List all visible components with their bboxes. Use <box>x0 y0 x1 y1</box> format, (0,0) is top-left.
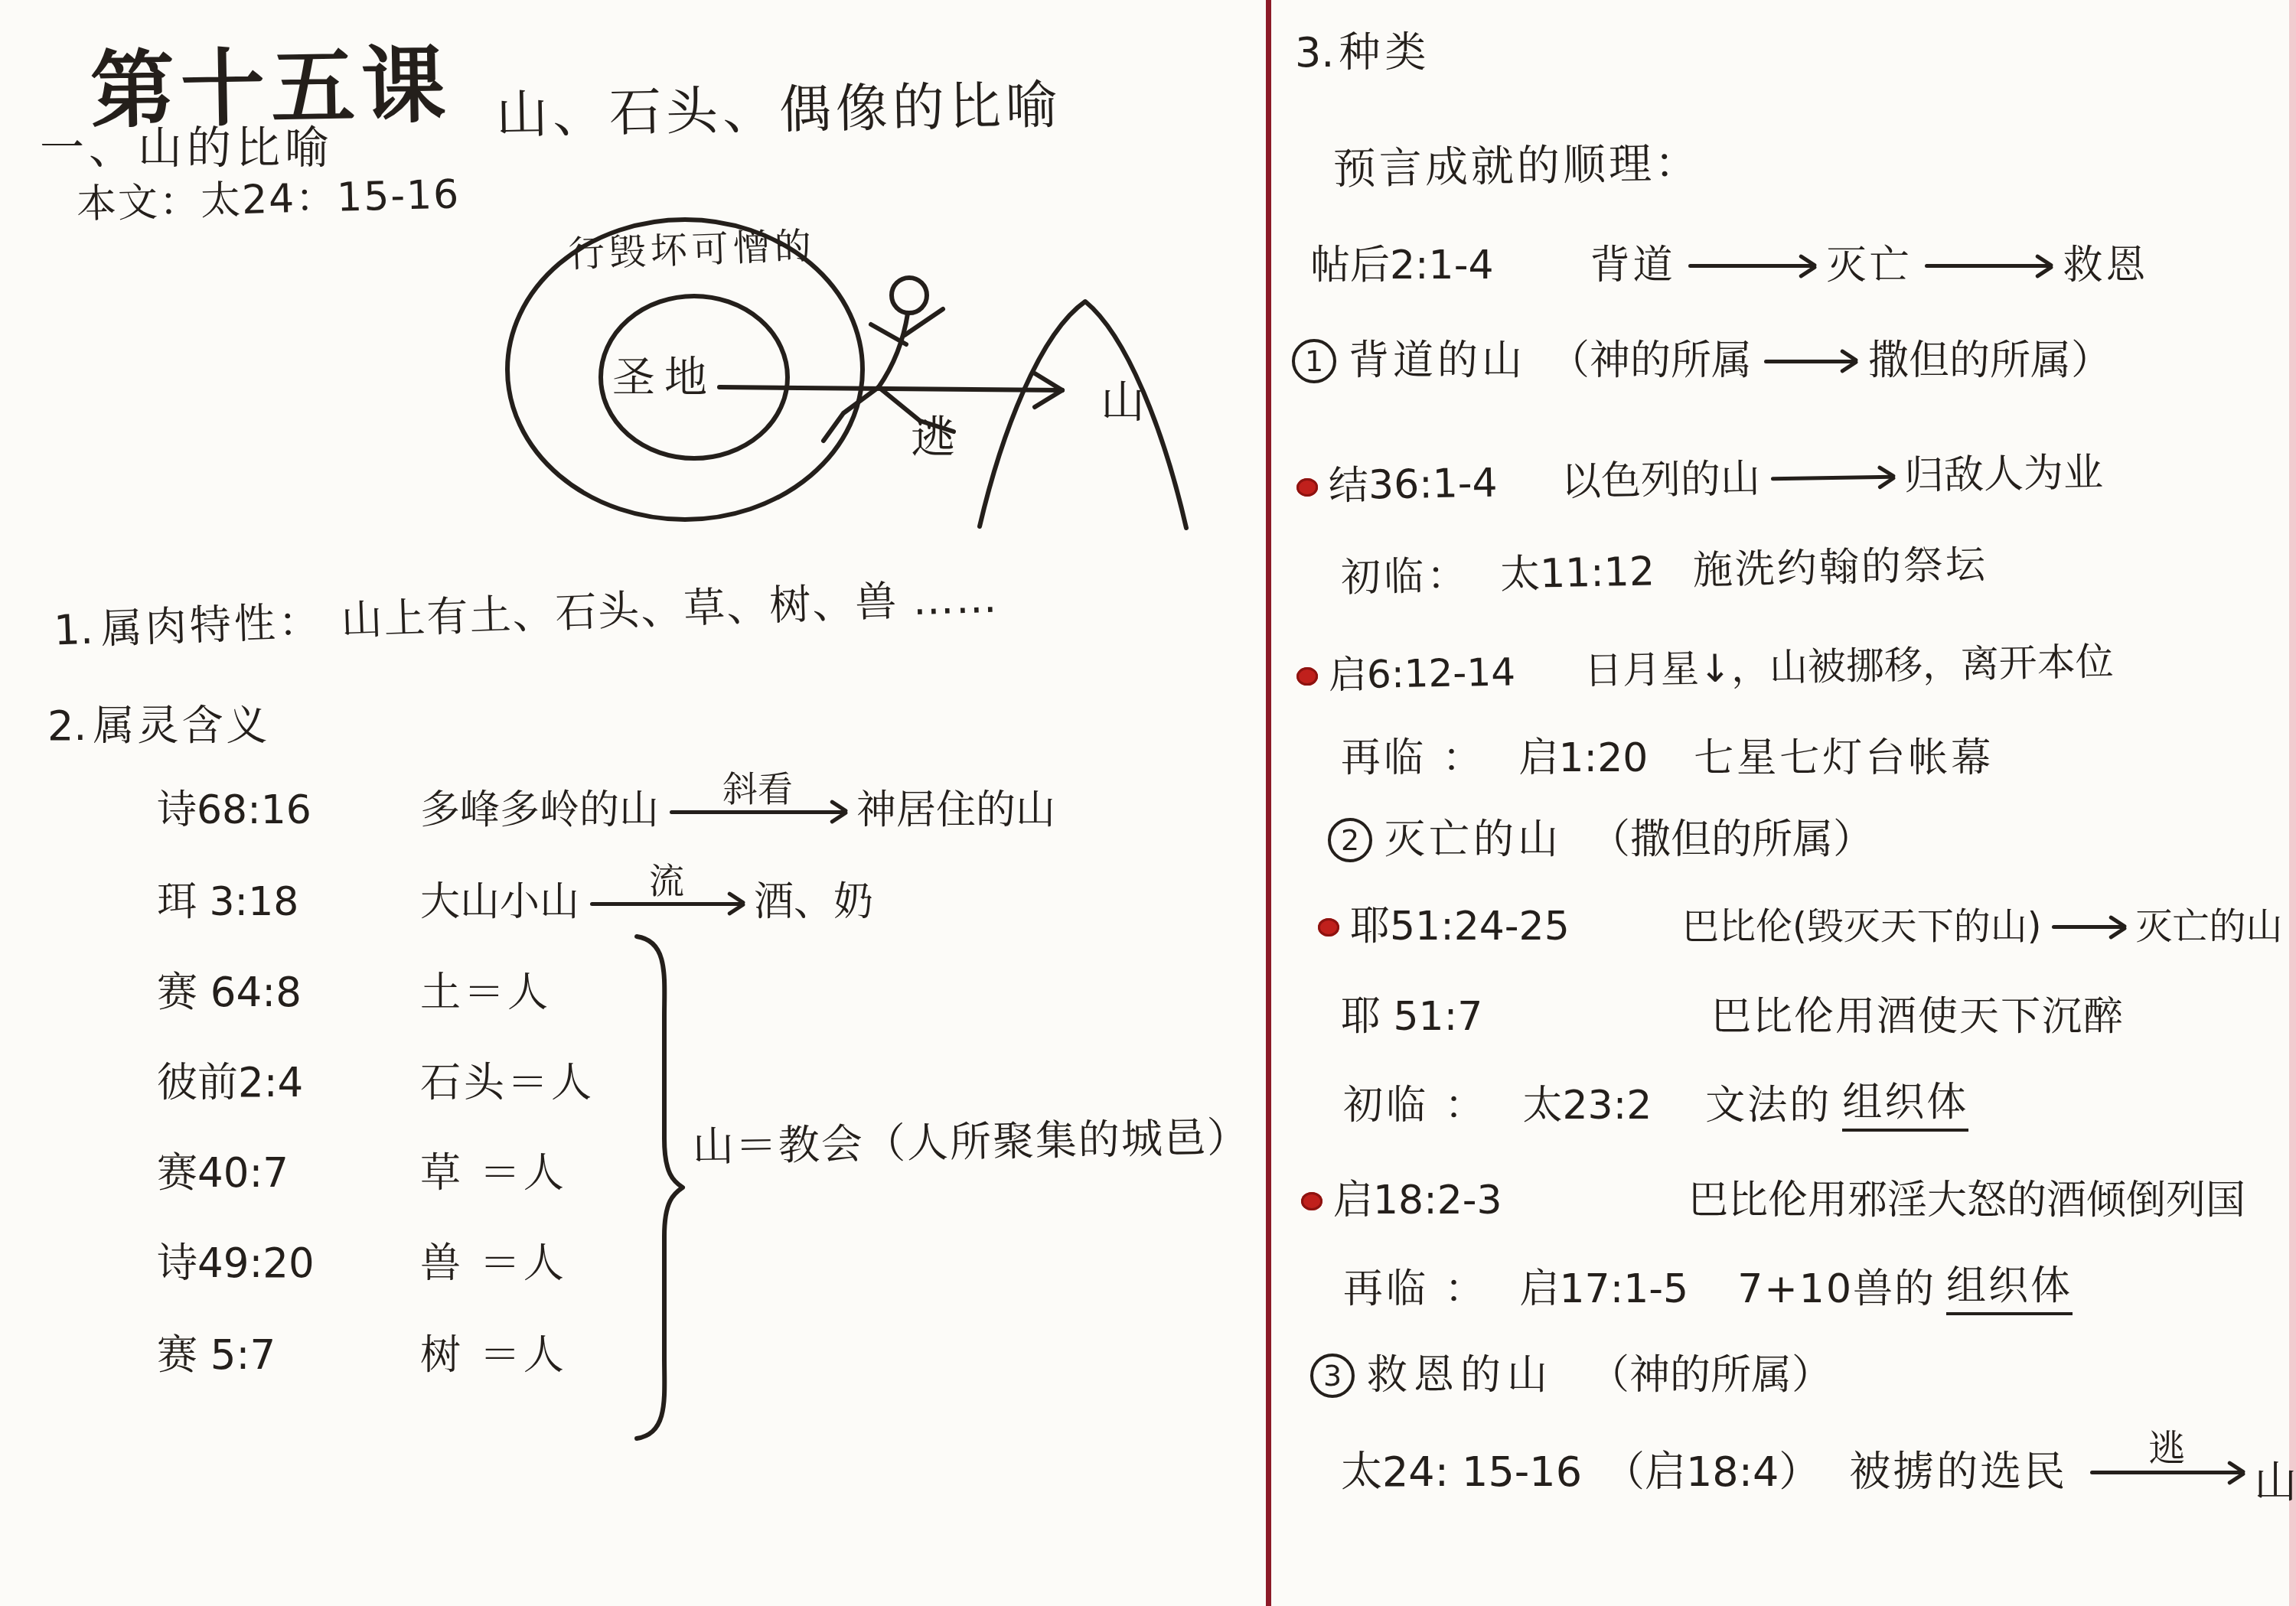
verse-equation: 土＝人 <box>420 970 551 1017</box>
point-title: 救恩的山 <box>1367 1353 1554 1399</box>
coming-label: 初临： <box>1340 553 1469 601</box>
first-coming-row: 初临： 太11:12 施洗约翰的祭坛 <box>1340 542 1988 601</box>
red-bullet-icon <box>1318 918 1339 937</box>
item-number: 2. <box>47 702 87 750</box>
verse-text: 巴比伦用邪淫大怒的酒倾倒列国 <box>1688 1178 2245 1224</box>
brace-conclusion: 山＝教会（人所聚集的城邑） <box>693 1114 1251 1171</box>
result-arrow <box>1771 475 1893 481</box>
stick-figure-head <box>892 278 927 313</box>
verse-text: 施洗约翰的祭坛 <box>1692 542 1988 595</box>
bullet-verse-row: 耶51:24-25 巴比伦(毁灭天下的山) 灭亡的山 <box>1318 904 2282 950</box>
verse-row: 诗49:20 兽 ＝人 <box>157 1241 567 1288</box>
second-coming-row: 再临 ： 启17:1-5 7+10兽的 组织体 <box>1343 1264 2073 1315</box>
result-arrow <box>2052 925 2125 929</box>
coming-label: 再临 ： <box>1343 1267 1488 1313</box>
point-2-heading: 2 灭亡的山 （撒但的所属） <box>1328 817 1874 864</box>
flow-ref: 帖后2:1-4 <box>1310 243 1494 289</box>
verse-ref: 太11:12 <box>1499 549 1655 598</box>
labeled-arrow: 斜看 <box>670 771 846 814</box>
item-text: 山上有土、石头、草、树、兽 …… <box>341 574 1000 644</box>
verse-equation: 石头＝人 <box>420 1060 595 1107</box>
verse-ref: 耶 51:7 <box>1341 995 1701 1041</box>
verse-text: 文法的 <box>1705 1083 1831 1129</box>
verse-ref: 珥 3:18 <box>157 880 409 926</box>
verse-text: 被掳的选民 <box>1849 1448 2067 1496</box>
verse-ref: 耶51:24-25 <box>1350 904 1671 950</box>
verse-ref: 启1:20 <box>1519 736 1649 782</box>
grouping-brace <box>629 932 690 1443</box>
verse-ref-secondary: （启18:4） <box>1603 1448 1820 1496</box>
diagram-mountain-label: 山 <box>1101 376 1145 428</box>
item-title: 属肉特性： <box>100 598 324 653</box>
ownership-arrow <box>1764 360 1856 363</box>
verse-equation: 树 ＝人 <box>420 1333 567 1380</box>
red-bullet-icon <box>1296 478 1318 497</box>
flow-step-apostasy: 背道 <box>1590 243 1676 289</box>
arrow-label: 流 <box>649 863 684 898</box>
flow-step-destruction: 灭亡 <box>1827 243 1913 289</box>
verse-row: 赛 64:8 土＝人 <box>157 970 551 1017</box>
stick-figure-body <box>879 314 908 387</box>
section-title: 种类 <box>1339 29 1431 77</box>
verse-row: 彼前2:4 石头＝人 <box>157 1060 595 1107</box>
second-coming-row: 再临 ： 启1:20 七星七灯台帐幕 <box>1341 736 1994 782</box>
verse-ref: 太23:2 <box>1523 1083 1652 1129</box>
verse-ref: 结36:1-4 <box>1329 460 1551 510</box>
item-title: 属灵含义 <box>93 702 271 750</box>
verse-row: 赛40:7 草 ＝人 <box>157 1151 567 1197</box>
first-coming-row: 初临 ： 太23:2 文法的 组织体 <box>1343 1080 1968 1132</box>
page-right-edge <box>2289 0 2296 1606</box>
circled-number-1: 1 <box>1292 339 1336 383</box>
point-title: 背道的山 <box>1349 338 1526 385</box>
verse-ref: 诗49:20 <box>157 1241 409 1288</box>
verse-equation: 兽 ＝人 <box>420 1241 567 1288</box>
arrow-line <box>590 902 743 906</box>
page-subtitle: 山、石头、偶像的比喻 <box>495 77 1062 146</box>
verse-ref: 启17:1-5 <box>1520 1267 1689 1313</box>
verse-to: 山 <box>2254 1458 2296 1507</box>
verse-row: 耶 51:7 巴比伦用酒使天下沉醉 <box>1341 995 2125 1041</box>
diagram-outer-label: 行毁坏可憎的 <box>567 225 817 275</box>
principle-heading: 预言成就的顺理： <box>1332 139 1701 195</box>
arrow-label: 斜看 <box>722 771 793 806</box>
verse-text: 7+10兽的 <box>1737 1267 1936 1313</box>
verse-to: 酒、奶 <box>754 880 873 926</box>
section-number: 3. <box>1295 29 1335 77</box>
conclusion-row: 太24: 15-16 （启18:4） 被掳的选民 逃 山 <box>1341 1448 2296 1497</box>
spiritual-meaning-line: 2. 属灵含义 <box>47 702 271 750</box>
page-binding-line <box>1266 0 1271 1606</box>
point-paren-from: （神的所属 <box>1549 338 1752 385</box>
verse-ref: 启18:2-3 <box>1333 1178 1678 1224</box>
red-bullet-icon <box>1301 1192 1322 1210</box>
flee-arrow <box>719 387 1062 390</box>
verse-ref: 赛 5:7 <box>157 1333 409 1380</box>
section-1-heading: 一、山的比喻 <box>40 122 334 174</box>
verse-ref: 赛 64:8 <box>157 970 409 1017</box>
diagram-inner-label: 圣地 <box>612 353 716 402</box>
bullet-verse-row: 启6:12-14 日月星↓，山被挪移，离开本位 <box>1296 640 2115 699</box>
verse-from: 大山小山 <box>420 880 579 926</box>
verse-row: 珥 3:18 大山小山 流 酒、奶 <box>157 880 873 926</box>
verse-ref: 彼前2:4 <box>157 1060 409 1107</box>
verse-to: 灭亡的山 <box>2135 906 2282 948</box>
verse-from: 多峰多岭的山 <box>420 788 659 834</box>
point-1-heading: 1 背道的山 （神的所属 撒但的所属） <box>1292 338 2112 385</box>
verse-equation: 草 ＝人 <box>420 1151 567 1197</box>
coming-label: 再临 ： <box>1341 736 1486 782</box>
item-number: 1. <box>53 606 94 655</box>
verse-row: 诗68:16 多峰多岭的山 斜看 神居住的山 <box>157 788 1055 834</box>
verse-text: 七星七灯台帐幕 <box>1694 736 1994 782</box>
point-paren: （神的所属） <box>1589 1353 1832 1399</box>
circled-number-2: 2 <box>1328 818 1372 862</box>
underlined-term: 组织体 <box>1842 1080 1968 1132</box>
point-paren: （撒但的所属） <box>1590 817 1874 864</box>
mountain-shape <box>980 301 1186 528</box>
arrow-line <box>2090 1471 2243 1474</box>
verse-ref: 太24: 15-16 <box>1341 1448 1582 1496</box>
verse-to: 归敌人为业 <box>1903 451 2103 500</box>
point-title: 灭亡的山 <box>1384 817 1562 864</box>
verse-to: 神居住的山 <box>856 788 1055 834</box>
arrow-line <box>670 810 846 814</box>
coming-label: 初临 ： <box>1343 1083 1488 1129</box>
point-3-heading: 3 救恩的山 （神的所属） <box>1310 1353 1832 1399</box>
red-bullet-icon <box>1296 667 1318 686</box>
section-3-heading: 3. 种类 <box>1295 29 1431 77</box>
flow-step-salvation: 救恩 <box>2063 243 2149 289</box>
verse-from: 巴比伦(毁灭天下的山) <box>1682 906 2041 948</box>
bullet-verse-row: 启18:2-3 巴比伦用邪淫大怒的酒倾倒列国 <box>1301 1178 2245 1224</box>
point-paren-to: 撒但的所属） <box>1868 338 2112 385</box>
flow-arrow <box>1688 264 1815 268</box>
bullet-verse-row: 结36:1-4 以色列的山 归敌人为业 <box>1296 451 2104 510</box>
flow-arrow <box>1925 264 2051 268</box>
diagram-flee-label: 逃 <box>911 412 955 463</box>
underlined-term: 组织体 <box>1946 1264 2073 1315</box>
circled-number-3: 3 <box>1310 1354 1355 1398</box>
prophecy-flow-line: 帖后2:1-4 背道 灭亡 救恩 <box>1310 243 2149 289</box>
fleshly-traits-line: 1. 属肉特性： 山上有土、石头、草、树、兽 …… <box>53 574 999 654</box>
labeled-arrow: 逃 <box>2090 1430 2243 1474</box>
verse-text: 日月星↓，山被挪移，离开本位 <box>1584 640 2115 694</box>
source-verse: 本文：太24：15-16 <box>76 172 461 228</box>
notebook-scan: 第十五课 山、石头、偶像的比喻 一、山的比喻 本文：太24：15-16 行毁坏可… <box>0 0 2296 1606</box>
arrow-label: 逃 <box>2148 1430 2185 1467</box>
verse-ref: 诗68:16 <box>157 788 409 834</box>
verse-ref: 赛40:7 <box>157 1151 409 1197</box>
verse-ref: 启6:12-14 <box>1329 650 1574 698</box>
verse-row: 赛 5:7 树 ＝人 <box>157 1333 567 1380</box>
labeled-arrow: 流 <box>590 863 743 906</box>
verse-text: 巴比伦用酒使天下沉醉 <box>1711 995 2125 1041</box>
verse-from: 以色列的山 <box>1561 457 1761 506</box>
